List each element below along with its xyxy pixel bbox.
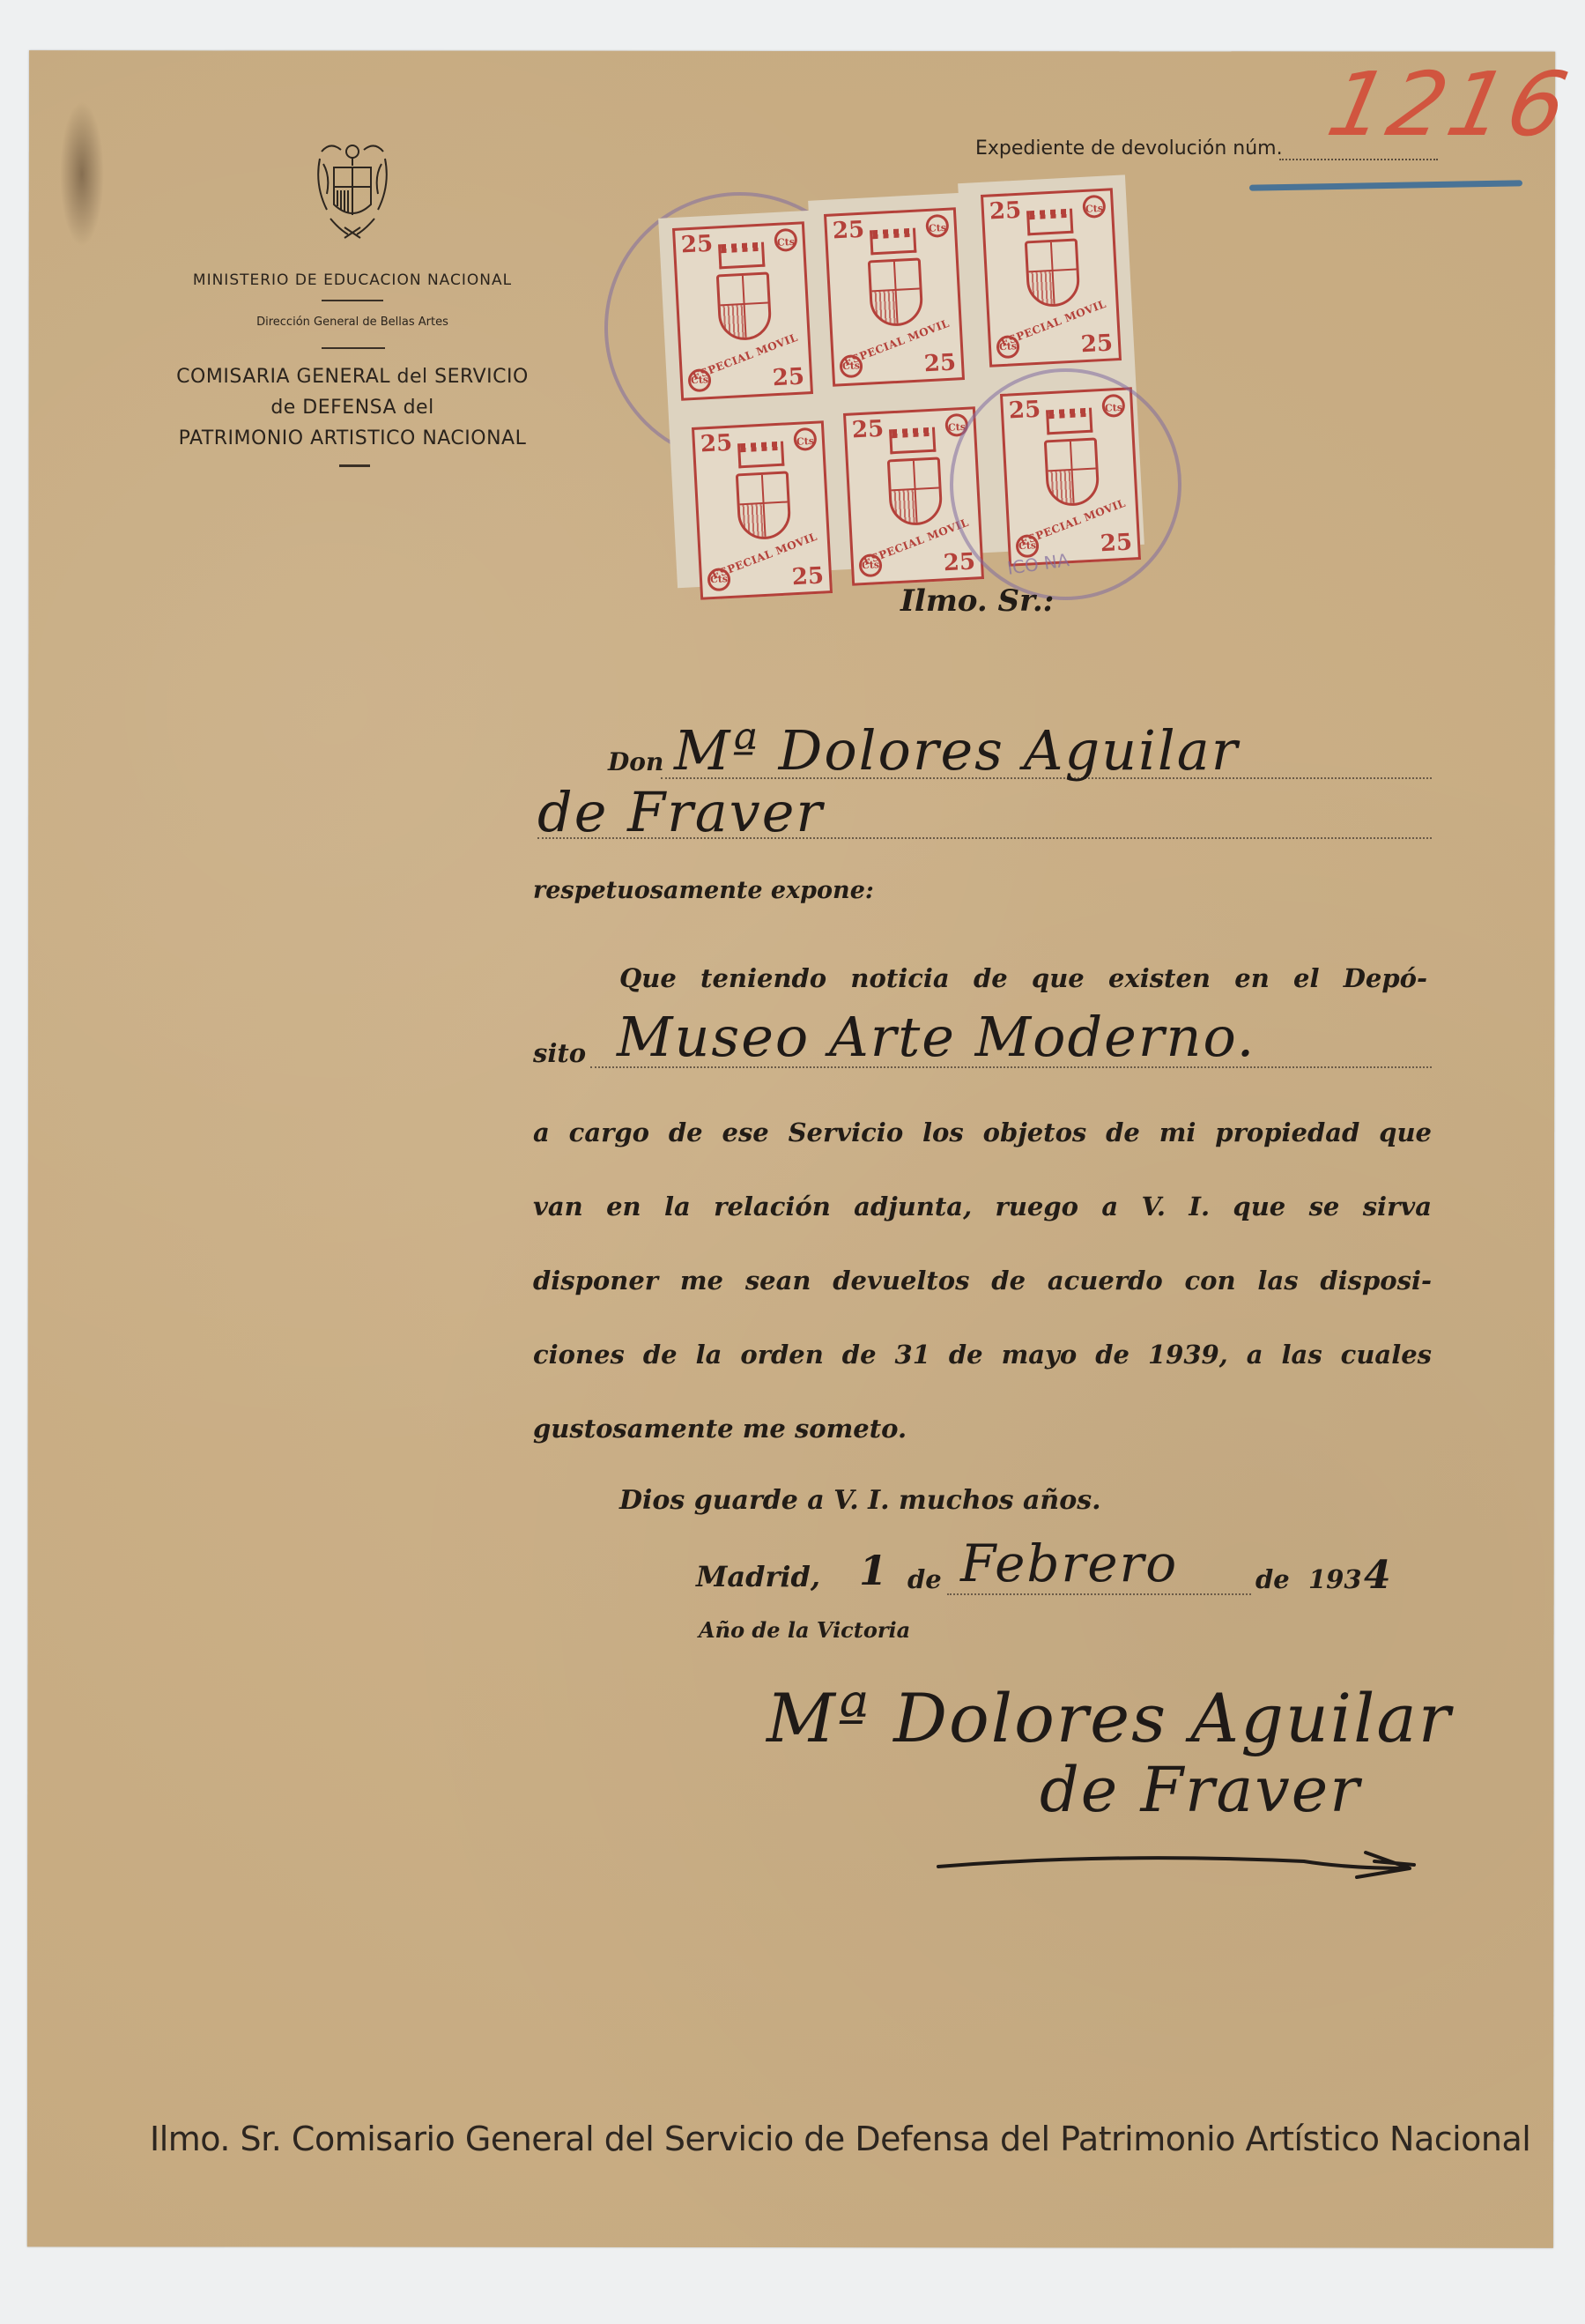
crown-icon — [1026, 209, 1073, 236]
closing-formula: Dios guarde a V. I. muchos años. — [619, 1485, 1101, 1516]
body-line: ciones de la orden de 31 de mayo de 1939… — [533, 1340, 1432, 1370]
deposit-handwritten: Museo Arte Moderno. — [617, 1005, 1255, 1069]
deposit-prefix: sito — [533, 1038, 586, 1068]
date-de: de — [1255, 1564, 1290, 1594]
body-line: van en la relación adjunta, ruego a V. I… — [533, 1192, 1432, 1221]
expediente-label: Expediente de devolución núm. — [975, 137, 1283, 160]
fiscal-stamp: 25Cts ESPECIAL MOVIL 25Cts — [672, 221, 813, 401]
divider — [322, 347, 385, 349]
coat-of-arms-icon — [313, 141, 392, 245]
divider — [339, 464, 370, 467]
date-subtitle: Año de la Victoria — [699, 1617, 910, 1643]
fiscal-stamp: 25Cts ESPECIAL MOVIL 25Cts — [692, 420, 833, 600]
date-day-handwritten: 1 — [859, 1547, 889, 1594]
commission-line-1: COMISARIA GENERAL del SERVICIO — [150, 361, 555, 392]
shield-icon — [868, 257, 924, 327]
body-line: Que teniendo noticia de que existen en e… — [533, 963, 1427, 993]
addressee-footer: Ilmo. Sr. Comisario General del Servicio… — [150, 2120, 1530, 2158]
expediente-field-line — [1279, 159, 1438, 160]
body-line: disponer me sean devueltos de acuerdo co… — [533, 1266, 1432, 1296]
body-line: a cargo de ese Servicio los objetos de m… — [533, 1117, 1432, 1147]
staple-rust-stain — [60, 101, 104, 247]
date-de: de — [907, 1564, 942, 1594]
date-month-handwritten: Febrero — [960, 1533, 1178, 1593]
commission-line-3: PATRIMONIO ARTISTICO NACIONAL — [150, 423, 555, 454]
date-city: Madrid, — [696, 1560, 820, 1593]
signature-line-2: de Fraver — [1040, 1754, 1361, 1826]
shield-icon — [736, 471, 792, 540]
expone-text: respetuosamente expone: — [533, 877, 874, 904]
signature-flourish-icon — [934, 1842, 1427, 1886]
ministry-name: MINISTERIO DE EDUCACION NACIONAL — [150, 271, 555, 289]
applicant-name-handwritten-2: de Fraver — [537, 780, 824, 844]
crown-icon — [718, 242, 765, 270]
fiscal-stamp: 25Cts ESPECIAL MOVIL 25Cts — [824, 207, 965, 387]
don-label: Don — [608, 747, 663, 776]
divider — [322, 300, 383, 301]
crown-icon — [737, 442, 784, 469]
fiscal-stamp-block: 25Cts ESPECIAL MOVIL 25Cts 25Cts ESPECIA… — [659, 179, 1144, 584]
commission-line-2: de DEFENSA del — [150, 392, 555, 423]
month-field-line — [947, 1593, 1251, 1595]
fiscal-stamp: 25Cts ESPECIAL MOVIL 25Cts — [981, 188, 1122, 368]
shield-icon — [716, 271, 773, 341]
directorate-name: Dirección General de Bellas Artes — [150, 316, 555, 329]
expediente-number: 1216 — [1320, 53, 1580, 156]
commission-name: COMISARIA GENERAL del SERVICIO de DEFENS… — [150, 361, 555, 454]
salutation: Ilmo. Sr.: — [900, 583, 1054, 619]
date-year-digit-handwritten: 4 — [1364, 1553, 1393, 1598]
crown-icon — [870, 228, 916, 256]
shield-icon — [887, 457, 944, 526]
crown-icon — [889, 427, 936, 455]
date-year-printed: 193 — [1308, 1564, 1362, 1594]
body-line: gustosamente me someto. — [533, 1414, 907, 1444]
applicant-name-handwritten: Mª Dolores Aguilar — [674, 718, 1239, 783]
signature-line-1: Mª Dolores Aguilar — [767, 1679, 1452, 1757]
shield-icon — [1025, 238, 1081, 308]
